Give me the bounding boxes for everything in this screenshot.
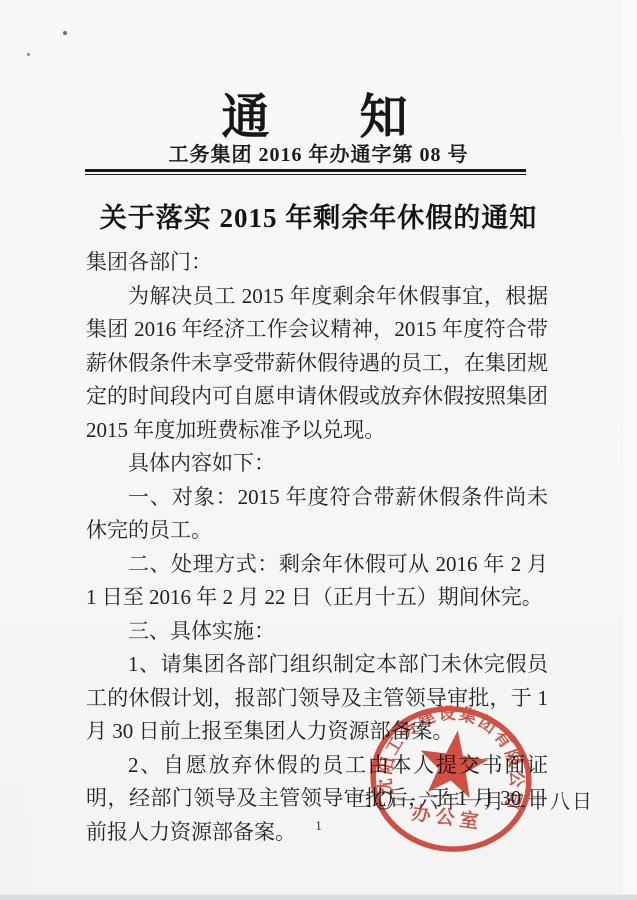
page-title: 通 知 [0,78,637,147]
body-paragraph: 为解决员工 2015 年度剩余年休假事宜，根据集团 2016 年经济工作会议精神… [86,280,548,448]
body-paragraph: 二、处理方式：剩余年休假可从 2016 年 2 月 1 日至 2016 年 2 … [86,548,548,615]
body-paragraph: 三、具体实施： [86,615,548,649]
document-number: 工务集团 2016 年办通字第 08 号 [0,138,637,167]
salutation: 集团各部门： [86,246,548,280]
scan-speck [63,31,67,35]
scan-edge-bottom [0,895,637,900]
body-paragraph: 具体内容如下： [86,447,548,481]
seal-office-text: 办公室 [410,801,485,834]
official-seal-stamp: 沈阳工务建设集团有限公司 办公室 [366,698,538,864]
body-paragraph: 一、对象：2015 年度符合带薪休假条件尚未休完的员工。 [86,481,548,548]
star-icon [415,726,492,800]
scan-speck [27,53,30,56]
scanned-notice-page: 通 知 工务集团 2016 年办通字第 08 号 关于落实 2015 年剩余年休… [0,0,637,900]
header-divider [85,169,526,175]
scan-edge-left [0,780,28,900]
page-number: 1 [0,818,637,834]
notice-heading: 关于落实 2015 年剩余年休假的通知 [0,196,637,235]
